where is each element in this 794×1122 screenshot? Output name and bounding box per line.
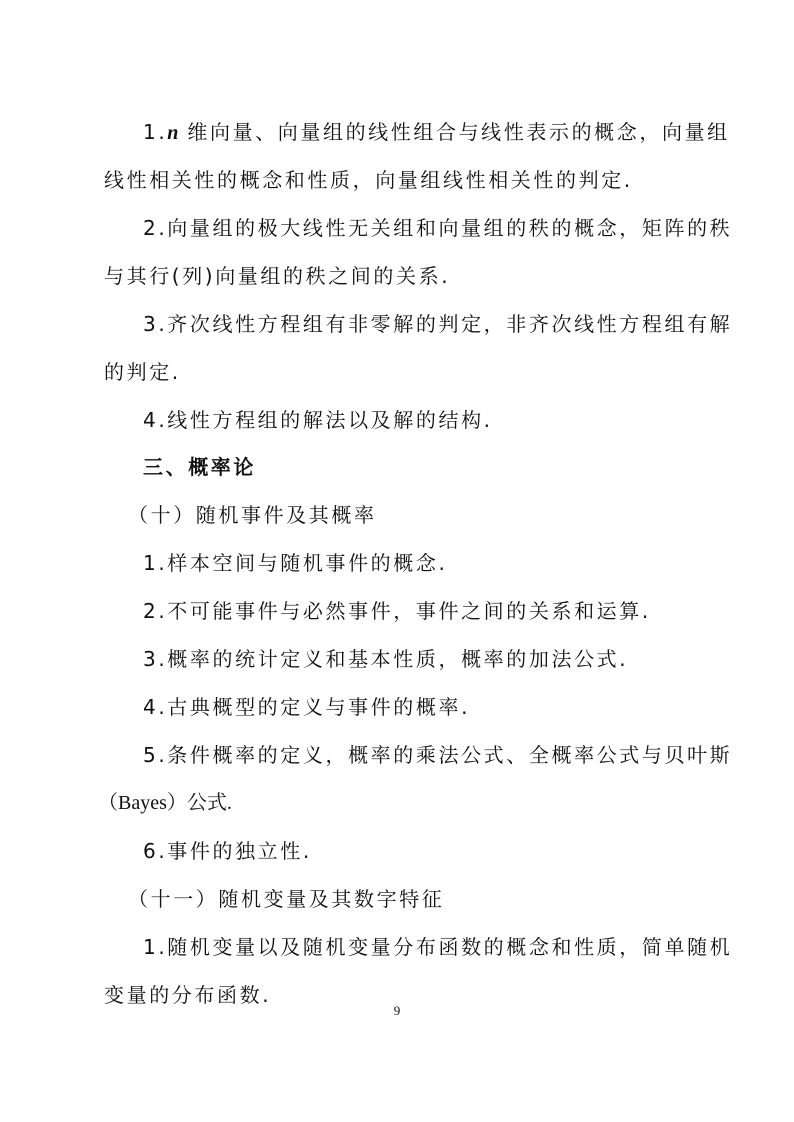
list-item-continuation: （Bayes）公式.	[98, 789, 232, 817]
paragraph-line: 2.向量组的极大线性无关组和向量组的秩的概念，矩阵的秩	[143, 214, 732, 242]
paragraph-line: 3.齐次线性方程组有非零解的判定，非齐次线性方程组有解	[143, 310, 732, 338]
list-item: 3.概率的统计定义和基本性质，概率的加法公式.	[143, 645, 628, 673]
list-item: 1.随机变量以及随机变量分布函数的概念和性质，简单随机	[143, 933, 732, 961]
paragraph-line: 1.n 维向量、向量组的线性组合与线性表示的概念，向量组	[143, 118, 730, 147]
list-item: 2.不可能事件与必然事件，事件之间的关系和运算.	[143, 597, 651, 625]
paragraph-line: 与其行(列)向量组的秩之间的关系.	[104, 262, 450, 290]
subsection-title: （十）随机事件及其概率	[128, 501, 377, 529]
list-item: 4.古典概型的定义与事件的概率.	[143, 693, 470, 721]
paragraph-line: 的判定.	[104, 358, 181, 386]
subsection-title: （十一）随机变量及其数字特征	[128, 885, 444, 913]
list-item: 6.事件的独立性.	[143, 837, 312, 865]
list-item: 5.条件概率的定义，概率的乘法公式、全概率公式与贝叶斯	[143, 741, 732, 769]
math-variable-n: n	[167, 122, 178, 144]
list-item: 1.样本空间与随机事件的概念.	[143, 549, 447, 577]
item-number: 1.	[143, 120, 167, 144]
page-number: 9	[0, 1003, 794, 1019]
paragraph-line: 线性相关性的概念和性质，向量组线性相关性的判定.	[104, 166, 633, 194]
paragraph-line: 4.线性方程组的解法以及解的结构.	[143, 406, 493, 434]
section-heading: 三、概率论	[143, 453, 256, 481]
paragraph-text: 维向量、向量组的线性组合与线性表示的概念，向量组	[178, 120, 729, 144]
